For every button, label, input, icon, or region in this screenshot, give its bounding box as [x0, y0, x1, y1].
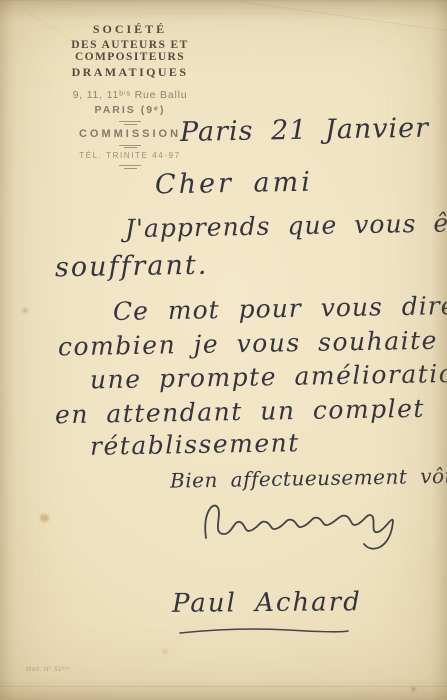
- foxing-spot: [22, 308, 28, 313]
- crease-bottom: [0, 686, 447, 688]
- letterhead-divider: [117, 165, 143, 169]
- letterhead-city: PARIS (9ᵉ): [16, 104, 244, 116]
- body-line: une prompte amélioration: [90, 359, 447, 395]
- org-name-line1: SOCIÉTÉ: [16, 22, 244, 37]
- signature-underline-flourish: [178, 626, 350, 636]
- body-line: combien je vous souhaite: [58, 326, 438, 362]
- crease-top-right: [239, 1, 447, 33]
- letter-page: SOCIÉTÉ DES AUTEURS ET COMPOSITEURS DRAM…: [0, 0, 447, 700]
- signature-name: Paul Achard: [172, 587, 362, 619]
- closing-line: Bien affectueusement vôtre: [170, 463, 447, 492]
- body-line: rétablissement: [90, 428, 300, 461]
- model-number: Mod. N° 51ᵇⁱˢ: [26, 666, 69, 673]
- date-line: Paris 21 Janvier 1953: [180, 111, 447, 148]
- letterhead: SOCIÉTÉ DES AUTEURS ET COMPOSITEURS DRAM…: [16, 22, 244, 172]
- letterhead-phone: TÉL. TRINITE 44-97: [16, 151, 244, 160]
- fold-crease-middle: [0, 0, 447, 3]
- signature-scrawl: [200, 494, 410, 556]
- salutation: Cher ami: [155, 167, 313, 201]
- letterhead-address: 9, 11, 11ᵇⁱˢ Rue Ballu: [16, 89, 244, 101]
- body-line: en attendant un complet: [55, 394, 425, 429]
- body-line: souffrant.: [55, 250, 209, 284]
- foxing-spot: [162, 649, 168, 654]
- letterhead-divider: [117, 121, 143, 125]
- body-line: J'apprends que vous êtes: [125, 208, 447, 243]
- foxing-spot: [40, 514, 49, 522]
- foxing-spot: [411, 687, 416, 691]
- letterhead-divider: [117, 145, 143, 149]
- body-line: Ce mot pour vous dire: [113, 291, 447, 326]
- org-name-line2: DES AUTEURS ET COMPOSITEURS: [16, 39, 244, 63]
- org-name-line3: DRAMATIQUES: [16, 65, 244, 80]
